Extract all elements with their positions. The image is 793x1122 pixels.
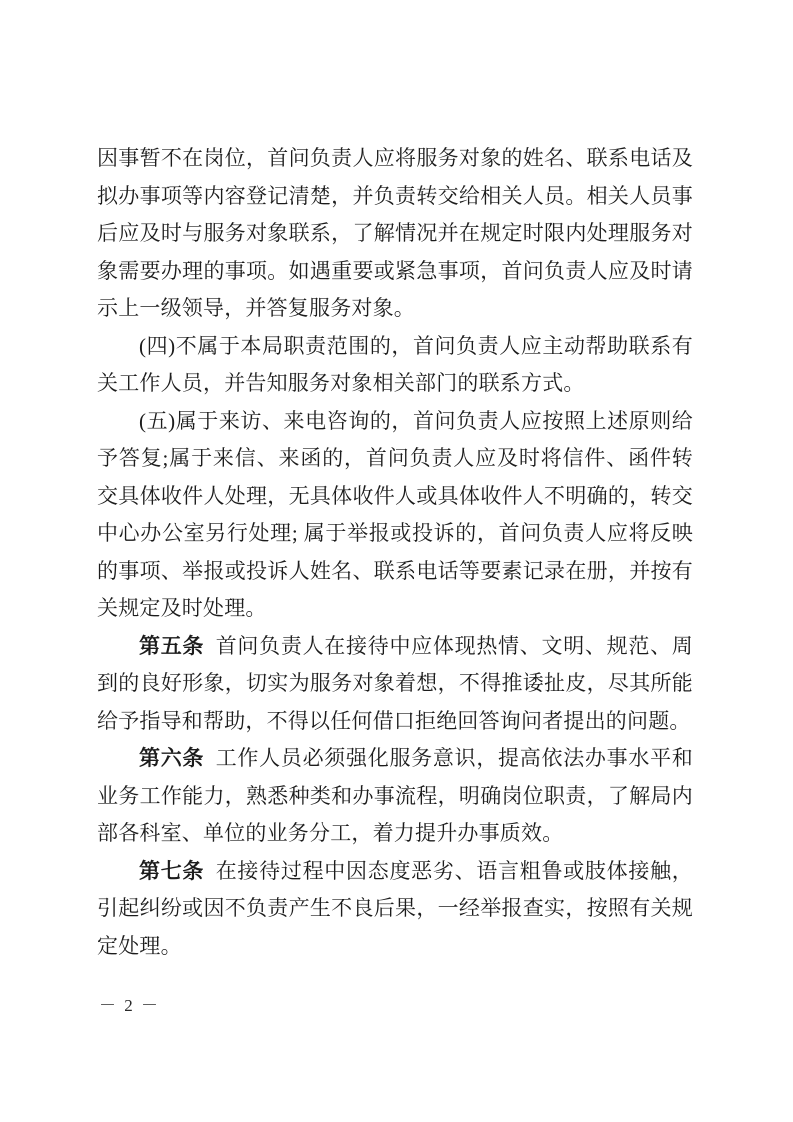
paragraph: (四)不属于本局职责范围的，首问负责人应主动帮助联系有关工作人员，并告知服务对象… [97,328,693,403]
article-number: 第五条 [139,635,204,658]
paragraph-text: (五)属于来访、来电咨询的，首问负责人应按照上述原则给予答复;属于来信、来函的，… [97,409,693,621]
page-number: － 2 － [99,991,160,1016]
article-number: 第六条 [139,747,204,770]
paragraph: 第五条首问负责人在接待中应体现热情、文明、规范、周到的良好形象，切实为服务对象着… [97,628,693,741]
article-number: 第七条 [139,860,204,883]
paragraph-text: (四)不属于本局职责范围的，首问负责人应主动帮助联系有关工作人员，并告知服务对象… [97,334,693,396]
paragraph: 第七条在接待过程中因态度恶劣、语言粗鲁或肢体接触，引起纠纷或因不负责产生不良后果… [97,853,693,966]
document-page: 因事暂不在岗位，首问负责人应将服务对象的姓名、联系电话及拟办事项等内容登记清楚，… [0,0,793,1122]
document-body: 因事暂不在岗位，首问负责人应将服务对象的姓名、联系电话及拟办事项等内容登记清楚，… [97,140,693,965]
paragraph: 因事暂不在岗位，首问负责人应将服务对象的姓名、联系电话及拟办事项等内容登记清楚，… [97,140,693,328]
paragraph-text: 因事暂不在岗位，首问负责人应将服务对象的姓名、联系电话及拟办事项等内容登记清楚，… [97,146,693,320]
paragraph: (五)属于来访、来电咨询的，首问负责人应按照上述原则给予答复;属于来信、来函的，… [97,403,693,628]
paragraph: 第六条工作人员必须强化服务意识，提高依法办事水平和业务工作能力，熟悉种类和办事流… [97,740,693,853]
